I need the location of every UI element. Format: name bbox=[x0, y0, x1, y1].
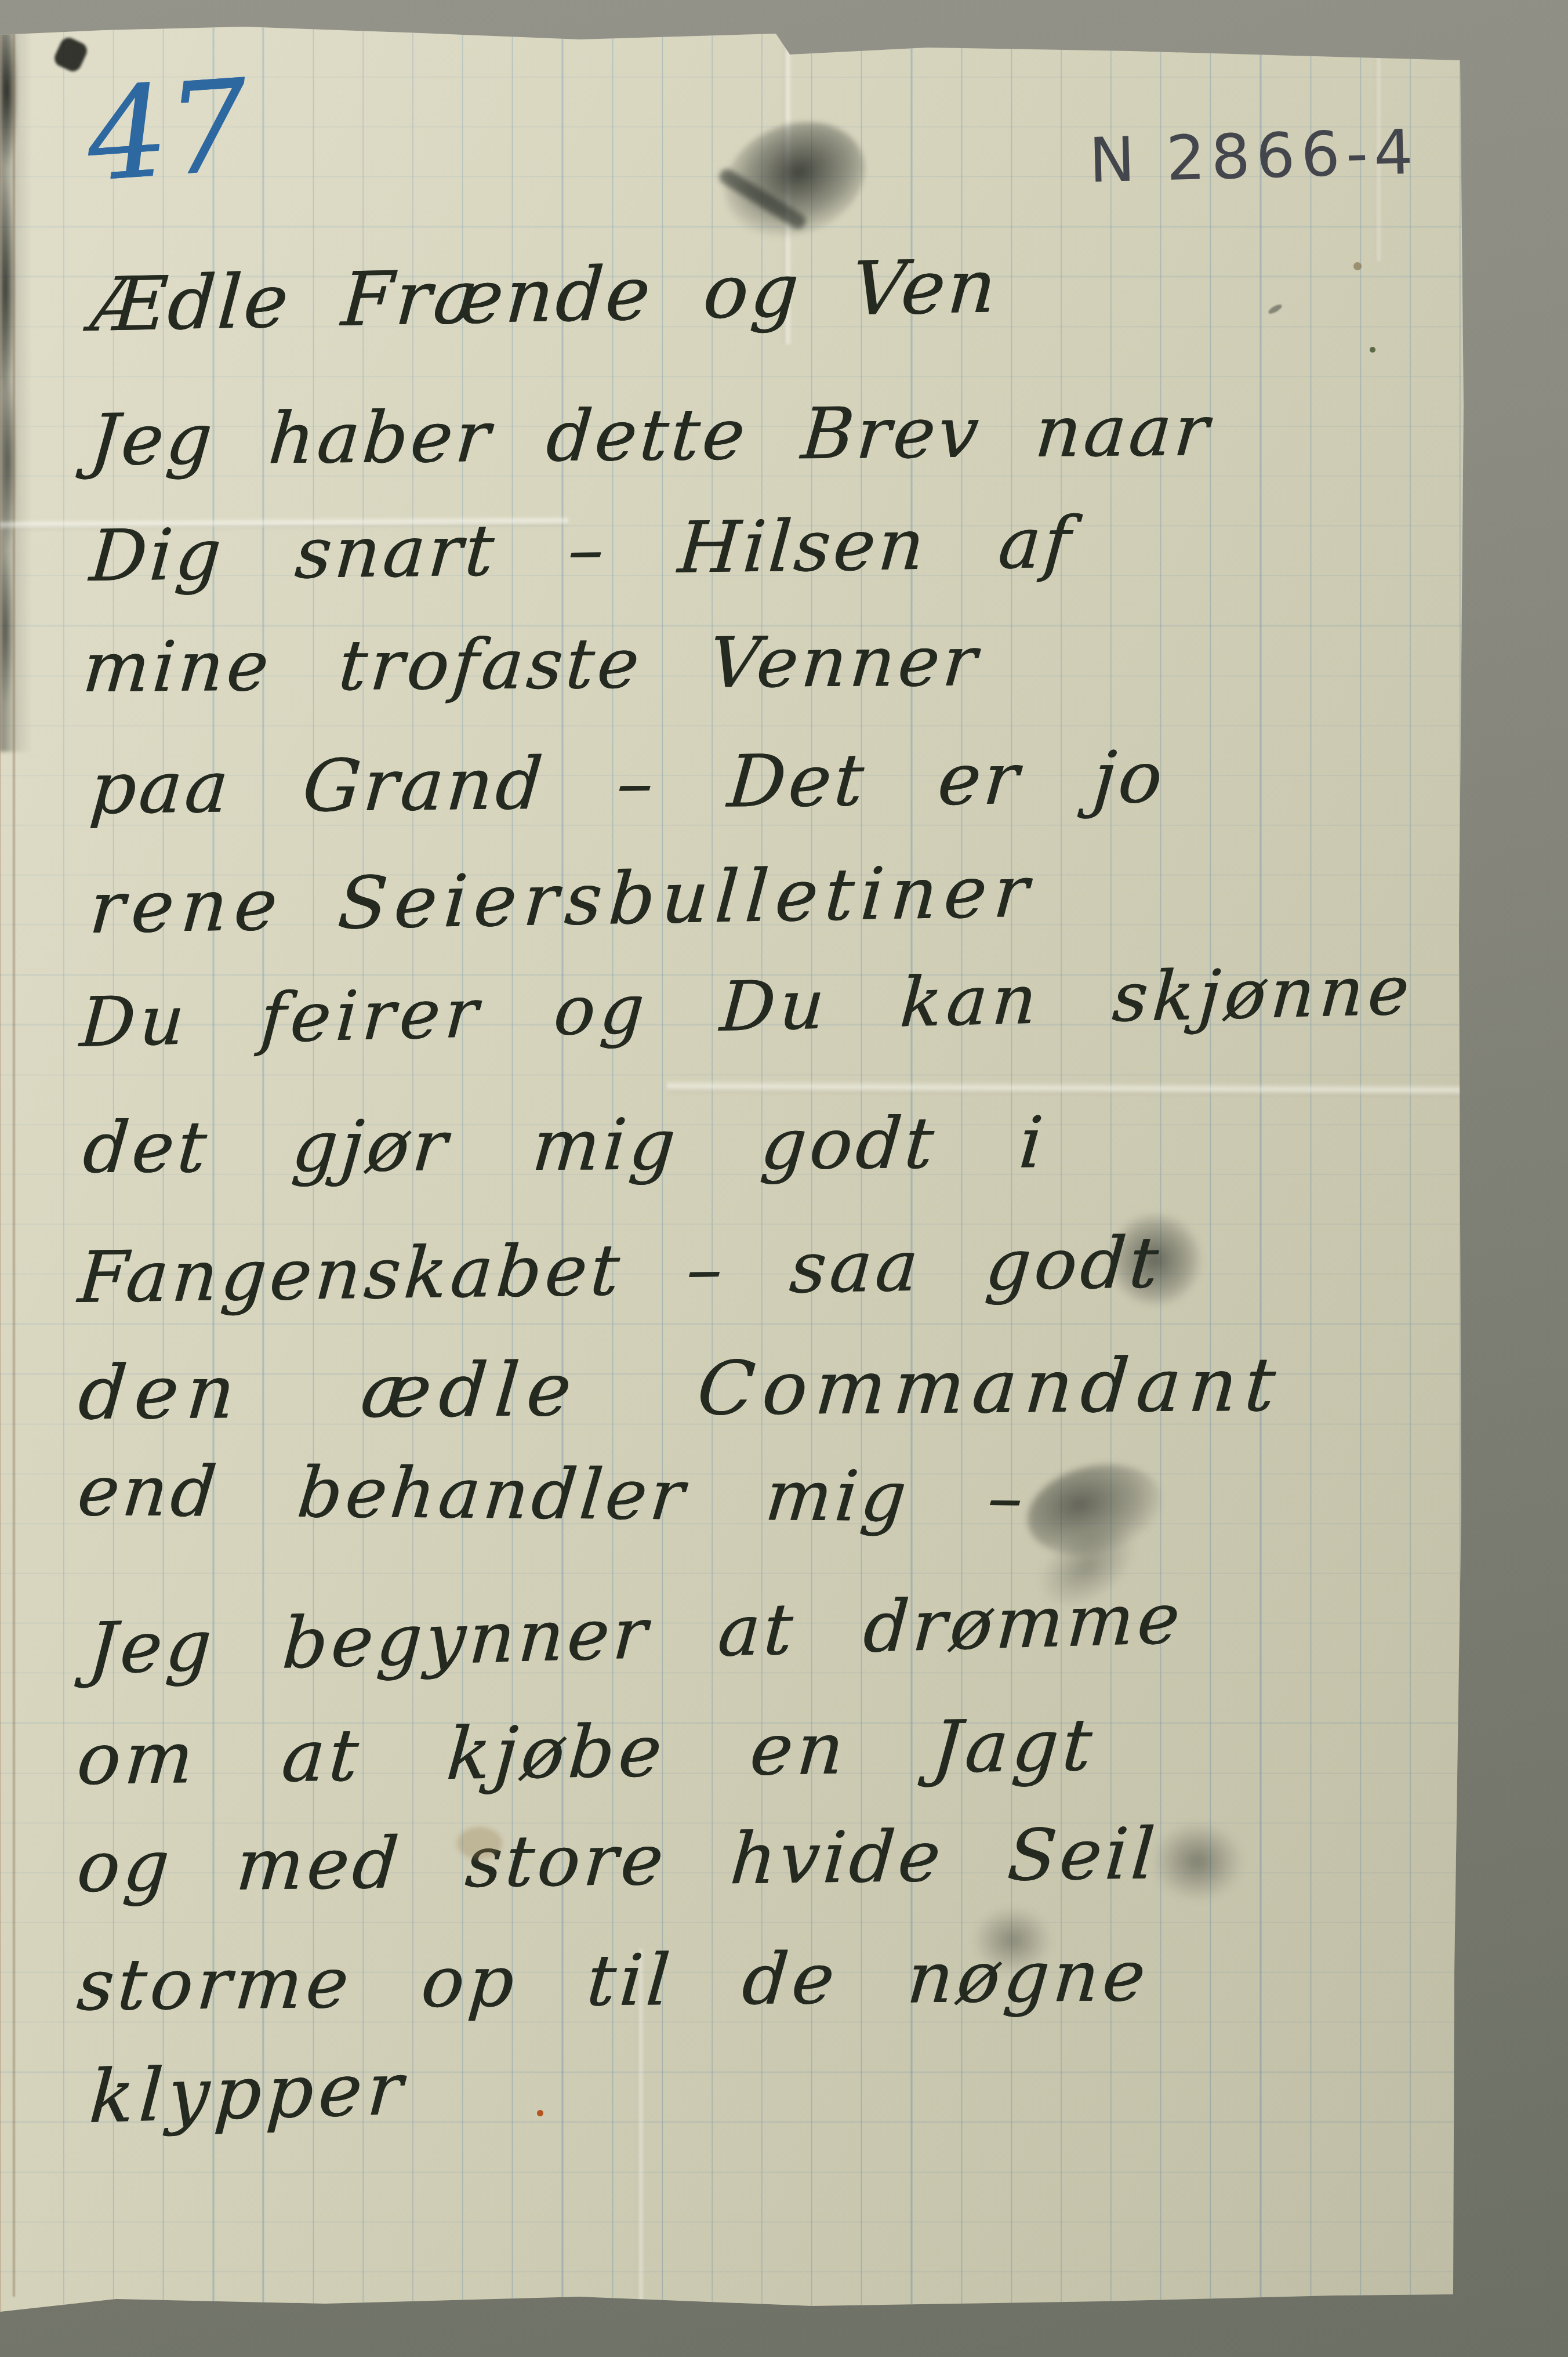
handwriting-line-3: Dig snart – Hilsen af bbox=[87, 501, 1076, 597]
handwriting-line-16: klypper bbox=[87, 2046, 410, 2140]
ink-smudge bbox=[707, 101, 883, 258]
handwriting-line-13: om at kjøbe en Jagt bbox=[74, 1704, 1098, 1801]
paper-speck bbox=[537, 2110, 543, 2116]
paper-speck bbox=[1353, 262, 1362, 270]
handwriting-line-5: paa Grand – Det er jo bbox=[87, 736, 1168, 831]
handwriting-line-14: og med store hvide Seil bbox=[74, 1812, 1160, 1908]
handwriting-line-8: det gjør mig godt i bbox=[80, 1101, 1049, 1189]
archive-number-annotation: N 2866-4 bbox=[1088, 117, 1419, 197]
paper-speck bbox=[1370, 347, 1375, 353]
page-number-annotation: 47 bbox=[82, 53, 253, 211]
handwriting-line-1: Ædle Frænde og Ven bbox=[88, 243, 1001, 349]
left-edge-ink-smear bbox=[0, 21, 31, 752]
horizontal-fold-crease bbox=[667, 1080, 1462, 1097]
handwriting-line-12: Jeg begynner at drømme bbox=[86, 1577, 1185, 1690]
handwriting-line-15: storme op til de nøgne bbox=[74, 1935, 1152, 2026]
handwriting-line-11: end behandler mig – bbox=[74, 1451, 1030, 1538]
handwriting-line-10: den ædle Commandant bbox=[75, 1342, 1286, 1437]
scan-backdrop: 47 N 2866-4 Ædle Frænde og Ven Jeg haber… bbox=[0, 0, 1568, 2357]
ink-smudge-streak bbox=[717, 166, 808, 231]
handwriting-line-2: Jeg haber dette Brev naar bbox=[87, 389, 1214, 481]
handwriting-line-6: rene Seiersbulletiner bbox=[87, 850, 1038, 950]
ink-smudge bbox=[1018, 1451, 1171, 1568]
ink-smudge bbox=[1153, 1822, 1243, 1901]
pencil-tick-mark bbox=[1267, 303, 1283, 316]
handwriting-line-4: mine trofaste Venner bbox=[80, 621, 983, 708]
handwriting-line-7: Du feirer og Du kan skjønne bbox=[78, 950, 1416, 1063]
handwriting-line-9: Fangenskabet – saa godt bbox=[75, 1221, 1164, 1319]
left-edge-crease bbox=[13, 23, 15, 2297]
letter-paper: 47 N 2866-4 Ædle Frænde og Ven Jeg haber… bbox=[0, 0, 1568, 2357]
